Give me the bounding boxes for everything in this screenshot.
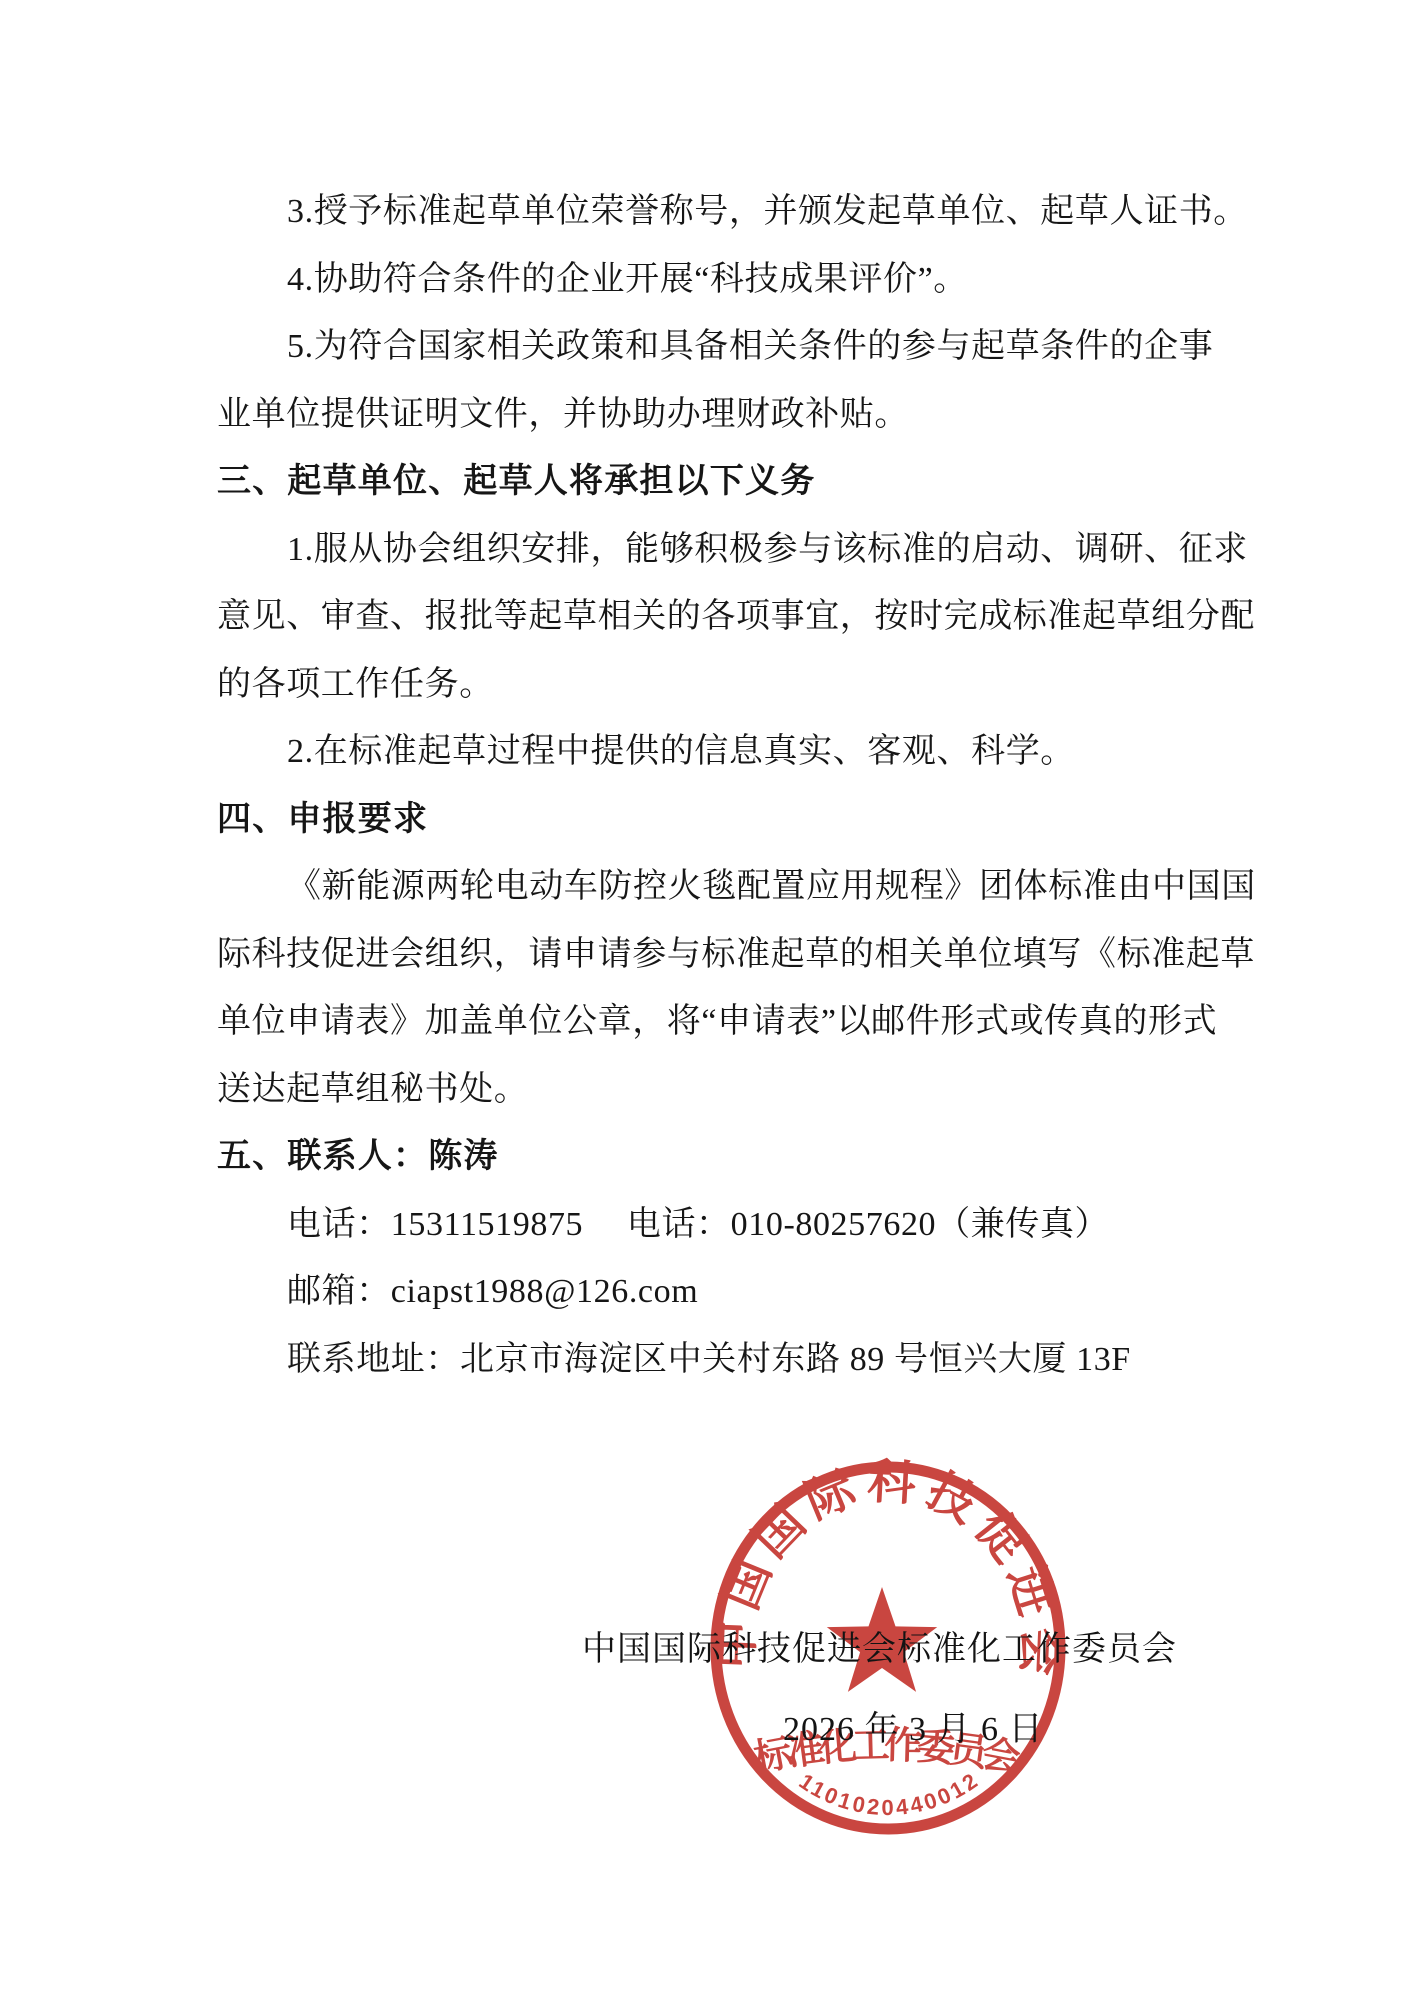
doc-line: 的各项工作任务。	[217, 651, 1287, 719]
doc-line: 际科技促进会组织，请申请参与标准起草的相关单位填写《标准起草	[217, 921, 1287, 989]
section-heading: 四、申报要求	[217, 786, 1287, 854]
document-body: 3.授予标准起草单位荣誉称号，并颁发起草单位、起草人证书。4.协助符合条件的企业…	[217, 178, 1287, 1393]
doc-line: 联系地址：北京市海淀区中关村东路 89 号恒兴大厦 13F	[217, 1326, 1287, 1394]
doc-line: 1.服从协会组织安排，能够积极参与该标准的启动、调研、征求	[217, 516, 1287, 584]
doc-line: 业单位提供证明文件，并协助办理财政补贴。	[217, 381, 1287, 449]
doc-line: 2.在标准起草过程中提供的信息真实、客观、科学。	[217, 718, 1287, 786]
signature-date: 2026 年 3 月 6 日	[783, 1701, 1044, 1750]
section-heading: 三、起草单位、起草人将承担以下义务	[217, 448, 1287, 516]
signature-org: 中国国际科技促进会标准化工作委员会	[582, 1621, 1177, 1670]
document-page: 3.授予标准起草单位荣誉称号，并颁发起草单位、起草人证书。4.协助符合条件的企业…	[0, 0, 1415, 2000]
section-heading: 五、联系人：陈涛	[217, 1123, 1287, 1191]
doc-line: 5.为符合国家相关政策和具备相关条件的参与起草条件的企事	[217, 313, 1287, 381]
doc-line: 4.协助符合条件的企业开展“科技成果评价”。	[217, 246, 1287, 314]
doc-line: 《新能源两轮电动车防控火毯配置应用规程》团体标准由中国国	[217, 853, 1287, 921]
doc-line: 意见、审查、报批等起草相关的各项事宜，按时完成标准起草组分配	[217, 583, 1287, 651]
doc-line: 3.授予标准起草单位荣誉称号，并颁发起草单位、起草人证书。	[217, 178, 1287, 246]
doc-line: 邮箱：ciapst1988@126.com	[217, 1258, 1287, 1326]
doc-line: 单位申请表》加盖单位公章，将“申请表”以邮件形式或传真的形式	[217, 988, 1287, 1056]
doc-line: 送达起草组秘书处。	[217, 1056, 1287, 1124]
doc-line: 电话：15311519875 电话：010-80257620（兼传真）	[217, 1191, 1287, 1259]
